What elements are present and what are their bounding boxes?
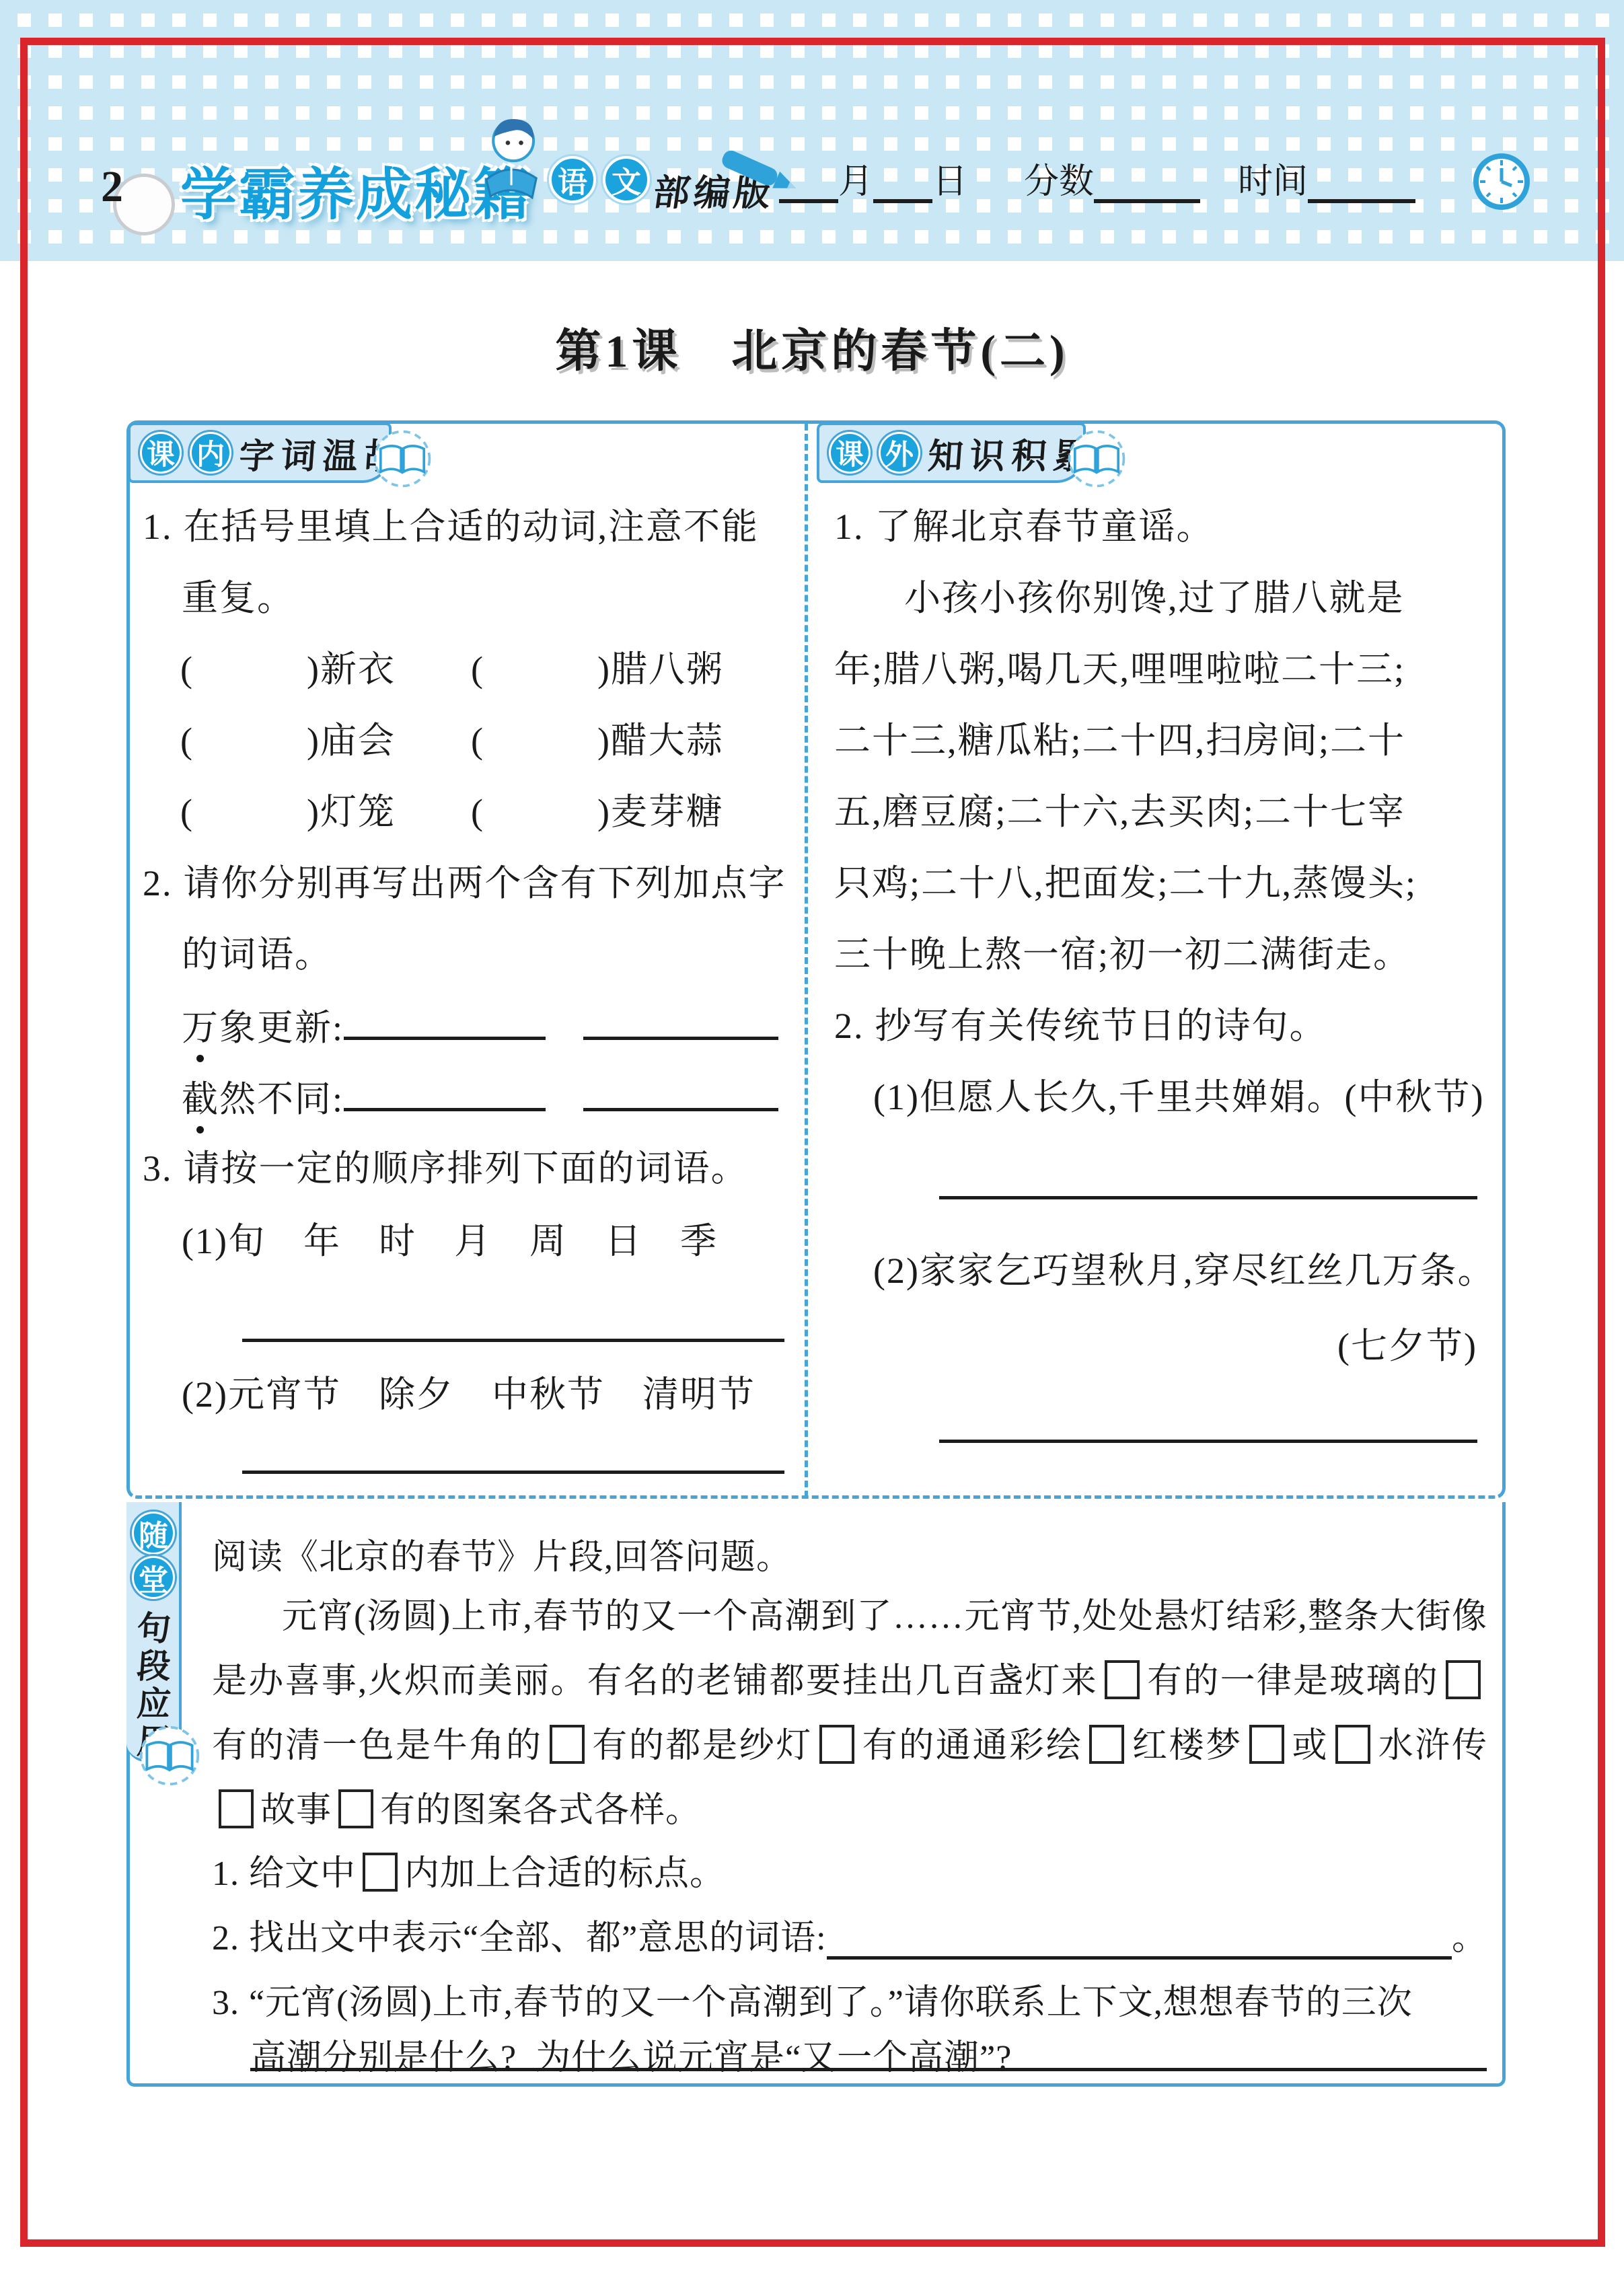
reading-boy-icon: [475, 113, 545, 205]
left-q1-line1: 1.在括号里填上合适的动词,注意不能: [143, 505, 759, 550]
right-q2-item2: (2)家家乞巧望秋月,穿尽红丝几万条。: [873, 1249, 1495, 1294]
bottom-q2: 2. 找出文中表示“全部、都”意思的词语:。: [212, 1909, 1487, 1960]
score-blank: [1094, 164, 1200, 203]
rhyme-line: 二十三,糖瓜粘;二十四,扫房间;二十: [834, 718, 1405, 764]
subject-char-2: 文: [603, 156, 650, 203]
left-q2-term2: 截然不同:: [182, 1075, 778, 1123]
left-q1-pair-row: ( )灯笼 ( )麦芽糖: [180, 790, 724, 835]
dotted-char: 万: [182, 1006, 219, 1051]
rhyme-line: 小孩小孩你别馋,过了腊八就是: [904, 576, 1405, 622]
answer-line: [939, 1196, 1477, 1199]
day-label: 日: [932, 153, 967, 203]
clock-icon: [1471, 151, 1533, 216]
open-book-icon: [371, 428, 433, 493]
time-blank: [1308, 164, 1415, 203]
page-number: 2: [101, 161, 123, 213]
badge-circle: 外: [879, 432, 920, 474]
punctuation-box: [219, 1789, 254, 1828]
open-book-icon: [137, 1723, 202, 1791]
right-column-badge: 课 外 知识积累: [817, 422, 1086, 483]
passage-intro: 阅读《北京的春节》片段,回答问题。: [212, 1528, 792, 1579]
day-blank: [873, 164, 932, 203]
tab-circle: 堂: [132, 1556, 175, 1599]
badge-circle: 课: [140, 432, 182, 474]
month-blank: [779, 164, 838, 203]
column-divider: [805, 424, 808, 1497]
month-label: 月: [838, 153, 873, 203]
left-q1-pair-row: ( )新衣 ( )腊八粥: [180, 647, 724, 693]
left-q2-term1: 万象更新:: [182, 1004, 778, 1051]
time-label: 时间: [1238, 153, 1308, 203]
answer-blank: [583, 1004, 778, 1040]
punctuation-box: [1446, 1660, 1481, 1699]
left-q3-sub1: (1)旬 年 时 月 周 日 季: [182, 1219, 718, 1265]
score-label: 分数: [1024, 153, 1094, 203]
rhyme-line: 三十晚上熬一宿;初一初二满街走。: [834, 932, 1411, 978]
punctuation-box: [1089, 1725, 1124, 1764]
dotted-char: 截: [182, 1077, 219, 1123]
lesson-title: 第1课 北京的春节(二): [0, 315, 1624, 380]
right-q2-item1: (1)但愿人长久,千里共婵娟。(中秋节): [873, 1075, 1484, 1121]
left-q2-line2: 的词语。: [182, 932, 332, 978]
answer-blank: [344, 1004, 546, 1040]
passage-text: 元宵(汤圆)上市,春节的又一个高潮到了……元宵节,处处悬灯结彩,整条大街像是办喜…: [212, 1585, 1487, 1843]
rhyme-line: 五,磨豆腐;二十六,去买肉;二十七宰: [834, 790, 1405, 835]
left-q3-line1: 3.请按一定的顺序排列下面的词语。: [143, 1146, 749, 1192]
answer-line: [242, 1471, 784, 1474]
bottom-q3-line2: 高潮分别是什么? 为什么说元宵是“又一个高潮”?: [251, 2029, 1012, 2079]
left-q3-sub2: (2)元宵节 除夕 中秋节 清明节: [182, 1372, 755, 1418]
punctuation-box: [1249, 1725, 1284, 1764]
punctuation-box: [550, 1725, 585, 1764]
date-score-time-fields: 月日分数时间: [779, 156, 1415, 203]
tab-circle: 随: [132, 1512, 175, 1555]
answer-blank: [583, 1075, 778, 1111]
bottom-q3-line1: 3. “元宵(汤圆)上市,春节的又一个高潮到了。”请你联系上下文,想想春节的三次: [212, 1974, 1413, 2024]
open-book-icon: [1066, 428, 1128, 493]
workbook-page: 2 学霸养成秘籍 语 文 部编版 月日分数时间: [0, 0, 1624, 2269]
punctuation-box: [338, 1789, 373, 1828]
badge-circle: 内: [190, 432, 231, 474]
answer-line: [939, 1440, 1477, 1443]
punctuation-box: [1105, 1660, 1140, 1699]
bottom-q1: 1. 给文中内加上合适的标点。: [212, 1845, 725, 1895]
answer-line: [242, 1339, 784, 1342]
rhyme-line: 只鸡;二十八,把面发;二十九,蒸馒头;: [834, 861, 1417, 907]
right-q1-line1: 1.了解北京春节童谣。: [834, 505, 1214, 550]
punctuation-box: [363, 1853, 398, 1892]
subject-char-1: 语: [549, 156, 596, 203]
badge-circle: 课: [829, 432, 871, 474]
left-column-badge: 课 内 字词温故: [128, 422, 392, 483]
answer-line: [250, 2068, 1487, 2071]
right-q2-line1: 2.抄写有关传统节日的诗句。: [834, 1004, 1327, 1049]
answer-blank: [827, 1921, 1452, 1960]
punctuation-box: [819, 1725, 854, 1764]
subject-badge: 语 文: [549, 156, 650, 203]
left-q1-line2: 重复。: [182, 576, 295, 622]
left-q2-line1: 2.请你分别再写出两个含有下列加点字: [143, 861, 786, 907]
right-q2-item2-source: (七夕节): [834, 1324, 1477, 1370]
rhyme-line: 年;腊八粥,喝几天,哩哩啦啦二十三;: [834, 647, 1405, 693]
punctuation-box: [1335, 1725, 1370, 1764]
answer-blank: [344, 1075, 546, 1111]
left-q1-pair-row: ( )庙会 ( )醋大蒜: [180, 718, 724, 764]
